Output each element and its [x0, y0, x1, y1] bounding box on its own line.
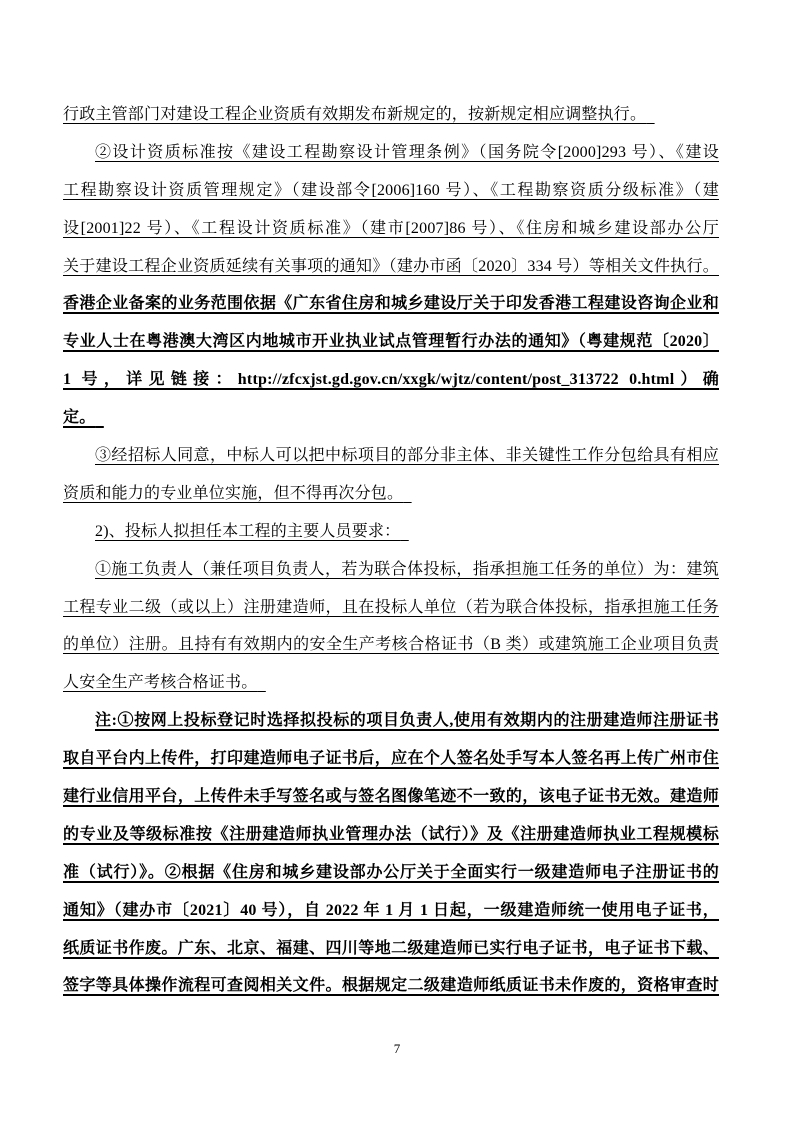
document-line: 通知》（建办市〔2021〕40 号），自 2022 年 1 月 1 日起，一级建… — [63, 892, 719, 930]
document-line: 专业人士在粤港澳大湾区内地城市开业执业试点管理暂行办法的通知》（粤建规范〔202… — [63, 323, 719, 361]
document-line: 工程勘察设计资质管理规定》（建设部令[2006]160 号）、《工程勘察资质分级… — [63, 172, 719, 210]
document-line: ①施工负责人（兼任项目负责人，若为联合体投标，指承担施工任务的单位）为：建筑 — [63, 551, 719, 589]
document-page: 行政主管部门对建设工程企业资质有效期发布新规定的，按新规定相应调整执行。 ②设计… — [0, 0, 794, 1123]
document-line: 工程专业二级（或以上）注册建造师，且在投标人单位（若为联合体投标，指承担施工任务 — [63, 589, 719, 627]
document-line: 定。 — [63, 399, 719, 437]
document-line: 的专业及等级标准按《注册建造师执业管理办法（试行）》及《注册建造师执业工程规模标 — [63, 816, 719, 854]
document-line: 设[2001]22 号）、《工程设计资质标准》（建市[2007]86 号）、《住… — [63, 210, 719, 248]
document-line: 注:①按网上投标登记时选择拟投标的项目负责人,使用有效期内的注册建造师注册证书 — [63, 702, 719, 740]
document-line: 2)、投标人拟担任本工程的主要人员要求： — [63, 513, 719, 551]
document-line: 的单位）注册。且持有有效期内的安全生产考核合格证书（B 类）或建筑施工企业项目负… — [63, 626, 719, 664]
document-line: 资质和能力的专业单位实施，但不得再次分包。 — [63, 475, 719, 513]
document-line: 准（试行）》。②根据《住房和城乡建设部办公厅关于全面实行一级建造师电子注册证书的 — [63, 854, 719, 892]
document-line: ②设计资质标准按《建设工程勘察设计管理条例》（国务院令[2000]293 号）、… — [63, 134, 719, 172]
document-line: 人安全生产考核合格证书。 — [63, 664, 719, 702]
document-line: 关于建设工程企业资质延续有关事项的通知》（建办市函〔2020〕334 号）等相关… — [63, 248, 719, 286]
document-line: ③经招标人同意，中标人可以把中标项目的部分非主体、非关键性工作分包给具有相应 — [63, 437, 719, 475]
document-line: 签字等具体操作流程可查阅相关文件。根据规定二级建造师纸质证书未作废的，资格审查时 — [63, 967, 719, 1005]
document-line: 香港企业备案的业务范围依据《广东省住房和城乡建设厅关于印发香港工程建设咨询企业和 — [63, 285, 719, 323]
page-number: 7 — [394, 1041, 401, 1056]
page-footer: 7 — [0, 1040, 794, 1058]
document-body: 行政主管部门对建设工程企业资质有效期发布新规定的，按新规定相应调整执行。 ②设计… — [63, 96, 719, 1005]
document-line: 取自平台内上传件，打印建造师电子证书后，应在个人签名处手写本人签名再上传广州市住 — [63, 740, 719, 778]
document-line: 建行业信用平台，上传件未手写签名或与签名图像笔迹不一致的，该电子证书无效。建造师 — [63, 778, 719, 816]
document-line: 纸质证书作废。广东、北京、福建、四川等地二级建造师已实行电子证书，电子证书下载、 — [63, 930, 719, 968]
document-line: 行政主管部门对建设工程企业资质有效期发布新规定的，按新规定相应调整执行。 — [63, 96, 719, 134]
document-line-with-url: 1 号，详见链接：http://zfcxjst.gd.gov.cn/xxgk/w… — [63, 361, 719, 399]
